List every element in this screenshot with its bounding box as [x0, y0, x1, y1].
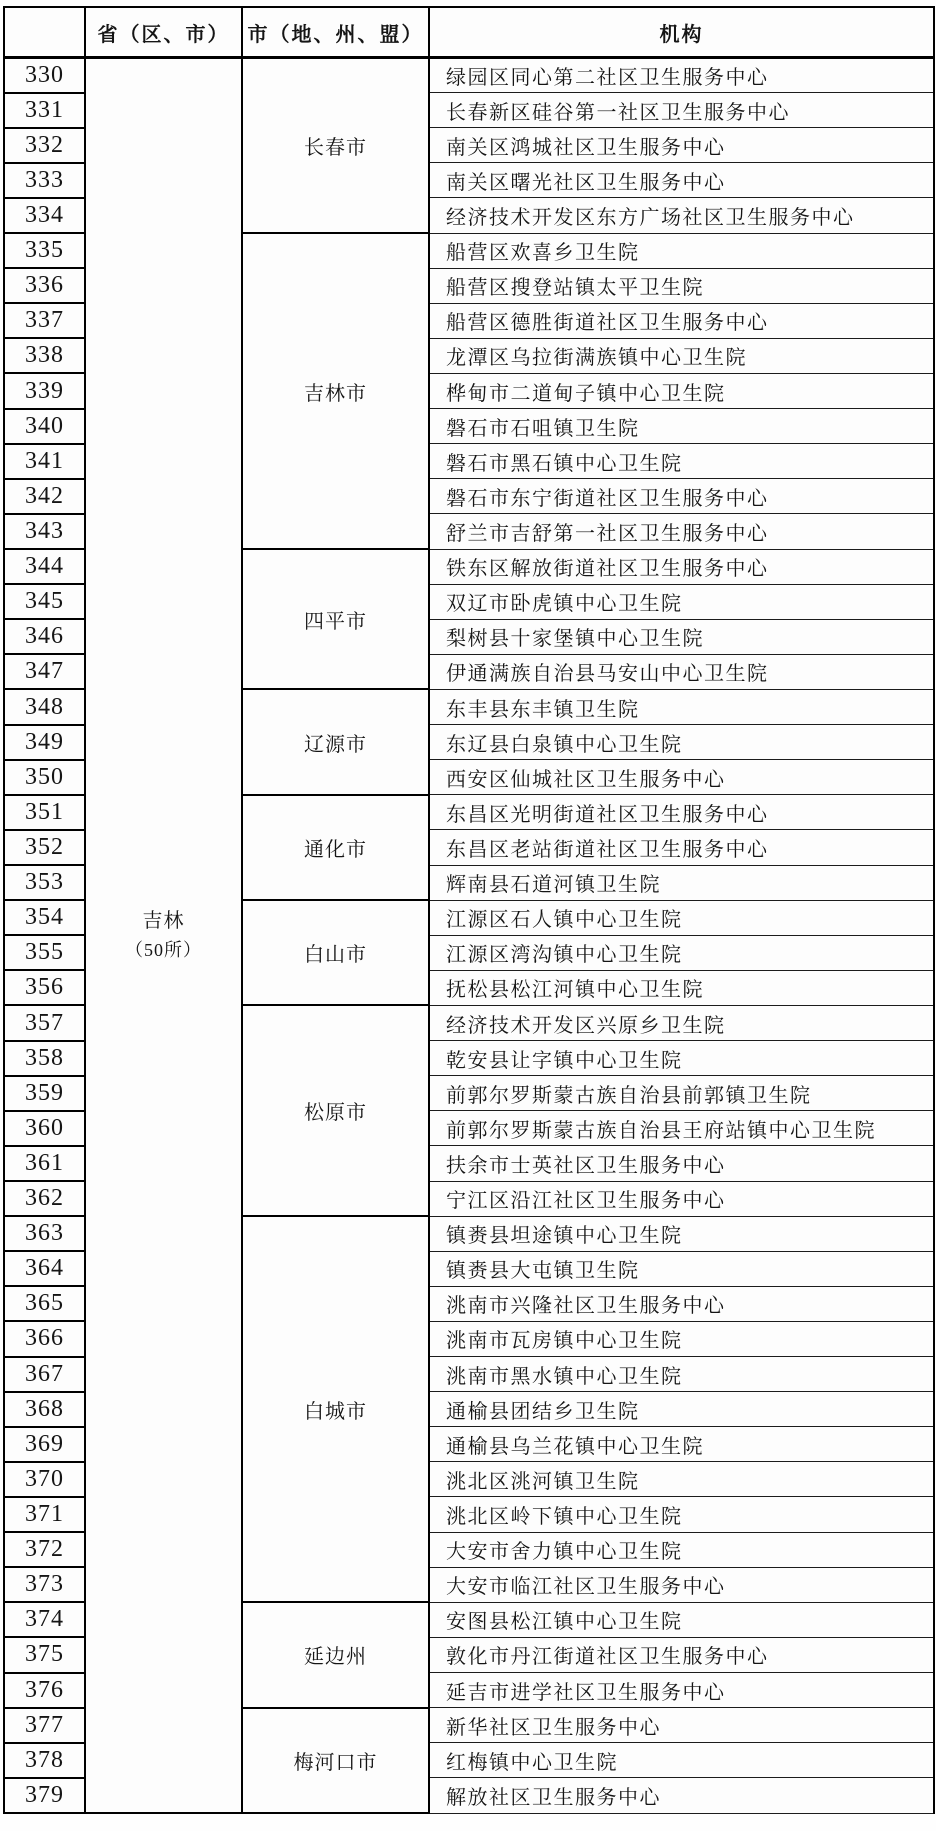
row-number: 336: [4, 268, 85, 303]
institution-cell: 大安市临江社区卫生服务中心: [429, 1567, 934, 1602]
institution-cell: 梨树县十家堡镇中心卫生院: [429, 619, 934, 654]
header-city: 市（地、州、盟）: [242, 7, 429, 58]
table-body: 330吉林（50所）长春市绿园区同心第二社区卫生服务中心331长春新区硅谷第一社…: [4, 58, 934, 1814]
institution-cell: 船营区欢喜乡卫生院: [429, 233, 934, 268]
row-number: 352: [4, 830, 85, 865]
row-number: 347: [4, 654, 85, 689]
institution-cell: 解放社区卫生服务中心: [429, 1778, 934, 1813]
province-name: 吉林: [87, 906, 240, 937]
institution-cell: 洮南市兴隆社区卫生服务中心: [429, 1286, 934, 1321]
row-number: 368: [4, 1392, 85, 1427]
institution-cell: 安图县松江镇中心卫生院: [429, 1602, 934, 1637]
row-number: 353: [4, 865, 85, 900]
row-number: 363: [4, 1216, 85, 1251]
row-number: 337: [4, 303, 85, 338]
row-number: 367: [4, 1357, 85, 1392]
header-province: 省（区、市）: [85, 7, 242, 58]
institution-cell: 南关区曙光社区卫生服务中心: [429, 163, 934, 198]
row-number: 376: [4, 1673, 85, 1708]
institution-cell: 经济技术开发区东方广场社区卫生服务中心: [429, 198, 934, 233]
row-number: 342: [4, 479, 85, 514]
row-number: 365: [4, 1286, 85, 1321]
institution-cell: 宁江区沿江社区卫生服务中心: [429, 1181, 934, 1216]
institution-cell: 延吉市进学社区卫生服务中心: [429, 1673, 934, 1708]
row-number: 335: [4, 233, 85, 268]
institution-cell: 洮北区洮河镇卫生院: [429, 1462, 934, 1497]
institution-cell: 辉南县石道河镇卫生院: [429, 865, 934, 900]
institution-cell: 舒兰市吉舒第一社区卫生服务中心: [429, 514, 934, 549]
city-cell: 白山市: [242, 900, 429, 1005]
row-number: 349: [4, 725, 85, 760]
row-number: 379: [4, 1778, 85, 1813]
row-number: 356: [4, 970, 85, 1005]
institution-cell: 西安区仙城社区卫生服务中心: [429, 760, 934, 795]
city-cell: 长春市: [242, 58, 429, 234]
institution-cell: 洮南市瓦房镇中心卫生院: [429, 1321, 934, 1356]
row-number: 346: [4, 619, 85, 654]
row-number: 344: [4, 549, 85, 584]
province-cell: 吉林（50所）: [85, 58, 242, 1814]
institution-cell: 磐石市石咀镇卫生院: [429, 409, 934, 444]
city-cell: 吉林市: [242, 233, 429, 549]
institution-cell: 新华社区卫生服务中心: [429, 1708, 934, 1743]
institution-cell: 磐石市东宁街道社区卫生服务中心: [429, 479, 934, 514]
institution-cell: 磐石市黑石镇中心卫生院: [429, 444, 934, 479]
institution-cell: 铁东区解放街道社区卫生服务中心: [429, 549, 934, 584]
document-page: 省（区、市） 市（地、州、盟） 机构 330吉林（50所）长春市绿园区同心第二社…: [0, 0, 936, 1831]
row-number: 378: [4, 1743, 85, 1778]
row-number: 345: [4, 584, 85, 619]
table-row: 330吉林（50所）长春市绿园区同心第二社区卫生服务中心: [4, 58, 934, 93]
institution-cell: 前郭尔罗斯蒙古族自治县前郭镇卫生院: [429, 1076, 934, 1111]
institution-cell: 船营区德胜街道社区卫生服务中心: [429, 303, 934, 338]
institution-cell: 江源区石人镇中心卫生院: [429, 900, 934, 935]
row-number: 357: [4, 1005, 85, 1040]
institution-cell: 抚松县松江河镇中心卫生院: [429, 970, 934, 1005]
row-number: 369: [4, 1427, 85, 1462]
row-number: 366: [4, 1321, 85, 1356]
institution-cell: 扶余市士英社区卫生服务中心: [429, 1146, 934, 1181]
institution-cell: 东昌区光明街道社区卫生服务中心: [429, 795, 934, 830]
row-number: 339: [4, 373, 85, 408]
institution-cell: 洮南市黑水镇中心卫生院: [429, 1357, 934, 1392]
row-number: 331: [4, 93, 85, 128]
institution-cell: 江源区湾沟镇中心卫生院: [429, 935, 934, 970]
province-count: （50所）: [87, 937, 240, 965]
city-cell: 四平市: [242, 549, 429, 689]
row-number: 348: [4, 689, 85, 724]
institution-cell: 红梅镇中心卫生院: [429, 1743, 934, 1778]
header-row: 省（区、市） 市（地、州、盟） 机构: [4, 7, 934, 58]
row-number: 370: [4, 1462, 85, 1497]
institution-cell: 通榆县乌兰花镇中心卫生院: [429, 1427, 934, 1462]
institution-cell: 镇赉县大屯镇卫生院: [429, 1251, 934, 1286]
row-number: 372: [4, 1532, 85, 1567]
header-number: [4, 7, 85, 58]
row-number: 333: [4, 163, 85, 198]
institution-cell: 龙潭区乌拉街满族镇中心卫生院: [429, 338, 934, 373]
table-header: 省（区、市） 市（地、州、盟） 机构: [4, 7, 934, 58]
row-number: 374: [4, 1602, 85, 1637]
row-number: 359: [4, 1076, 85, 1111]
city-cell: 辽源市: [242, 689, 429, 794]
row-number: 361: [4, 1146, 85, 1181]
institution-cell: 桦甸市二道甸子镇中心卫生院: [429, 373, 934, 408]
institution-cell: 经济技术开发区兴原乡卫生院: [429, 1005, 934, 1040]
institution-cell: 乾安县让字镇中心卫生院: [429, 1041, 934, 1076]
institution-cell: 洮北区岭下镇中心卫生院: [429, 1497, 934, 1532]
institution-cell: 敦化市丹江街道社区卫生服务中心: [429, 1637, 934, 1672]
institution-cell: 绿园区同心第二社区卫生服务中心: [429, 58, 934, 93]
row-number: 375: [4, 1637, 85, 1672]
institution-cell: 长春新区硅谷第一社区卫生服务中心: [429, 93, 934, 128]
row-number: 340: [4, 409, 85, 444]
institution-cell: 东辽县白泉镇中心卫生院: [429, 725, 934, 760]
row-number: 354: [4, 900, 85, 935]
city-cell: 松原市: [242, 1005, 429, 1216]
institution-cell: 双辽市卧虎镇中心卫生院: [429, 584, 934, 619]
row-number: 377: [4, 1708, 85, 1743]
institution-cell: 东丰县东丰镇卫生院: [429, 689, 934, 724]
row-number: 362: [4, 1181, 85, 1216]
row-number: 332: [4, 128, 85, 163]
row-number: 351: [4, 795, 85, 830]
row-number: 330: [4, 58, 85, 93]
institution-cell: 东昌区老站街道社区卫生服务中心: [429, 830, 934, 865]
row-number: 350: [4, 760, 85, 795]
city-cell: 延边州: [242, 1602, 429, 1707]
row-number: 341: [4, 444, 85, 479]
institution-cell: 前郭尔罗斯蒙古族自治县王府站镇中心卫生院: [429, 1111, 934, 1146]
city-cell: 通化市: [242, 795, 429, 900]
row-number: 358: [4, 1041, 85, 1076]
header-institution: 机构: [429, 7, 934, 58]
institution-table: 省（区、市） 市（地、州、盟） 机构 330吉林（50所）长春市绿园区同心第二社…: [3, 6, 935, 1814]
row-number: 373: [4, 1567, 85, 1602]
institution-cell: 镇赉县坦途镇中心卫生院: [429, 1216, 934, 1251]
city-cell: 白城市: [242, 1216, 429, 1602]
institution-cell: 大安市舍力镇中心卫生院: [429, 1532, 934, 1567]
row-number: 355: [4, 935, 85, 970]
row-number: 338: [4, 338, 85, 373]
city-cell: 梅河口市: [242, 1708, 429, 1813]
row-number: 371: [4, 1497, 85, 1532]
row-number: 334: [4, 198, 85, 233]
institution-cell: 船营区搜登站镇太平卫生院: [429, 268, 934, 303]
institution-cell: 伊通满族自治县马安山中心卫生院: [429, 654, 934, 689]
institution-cell: 通榆县团结乡卫生院: [429, 1392, 934, 1427]
institution-cell: 南关区鸿城社区卫生服务中心: [429, 128, 934, 163]
row-number: 343: [4, 514, 85, 549]
row-number: 360: [4, 1111, 85, 1146]
row-number: 364: [4, 1251, 85, 1286]
